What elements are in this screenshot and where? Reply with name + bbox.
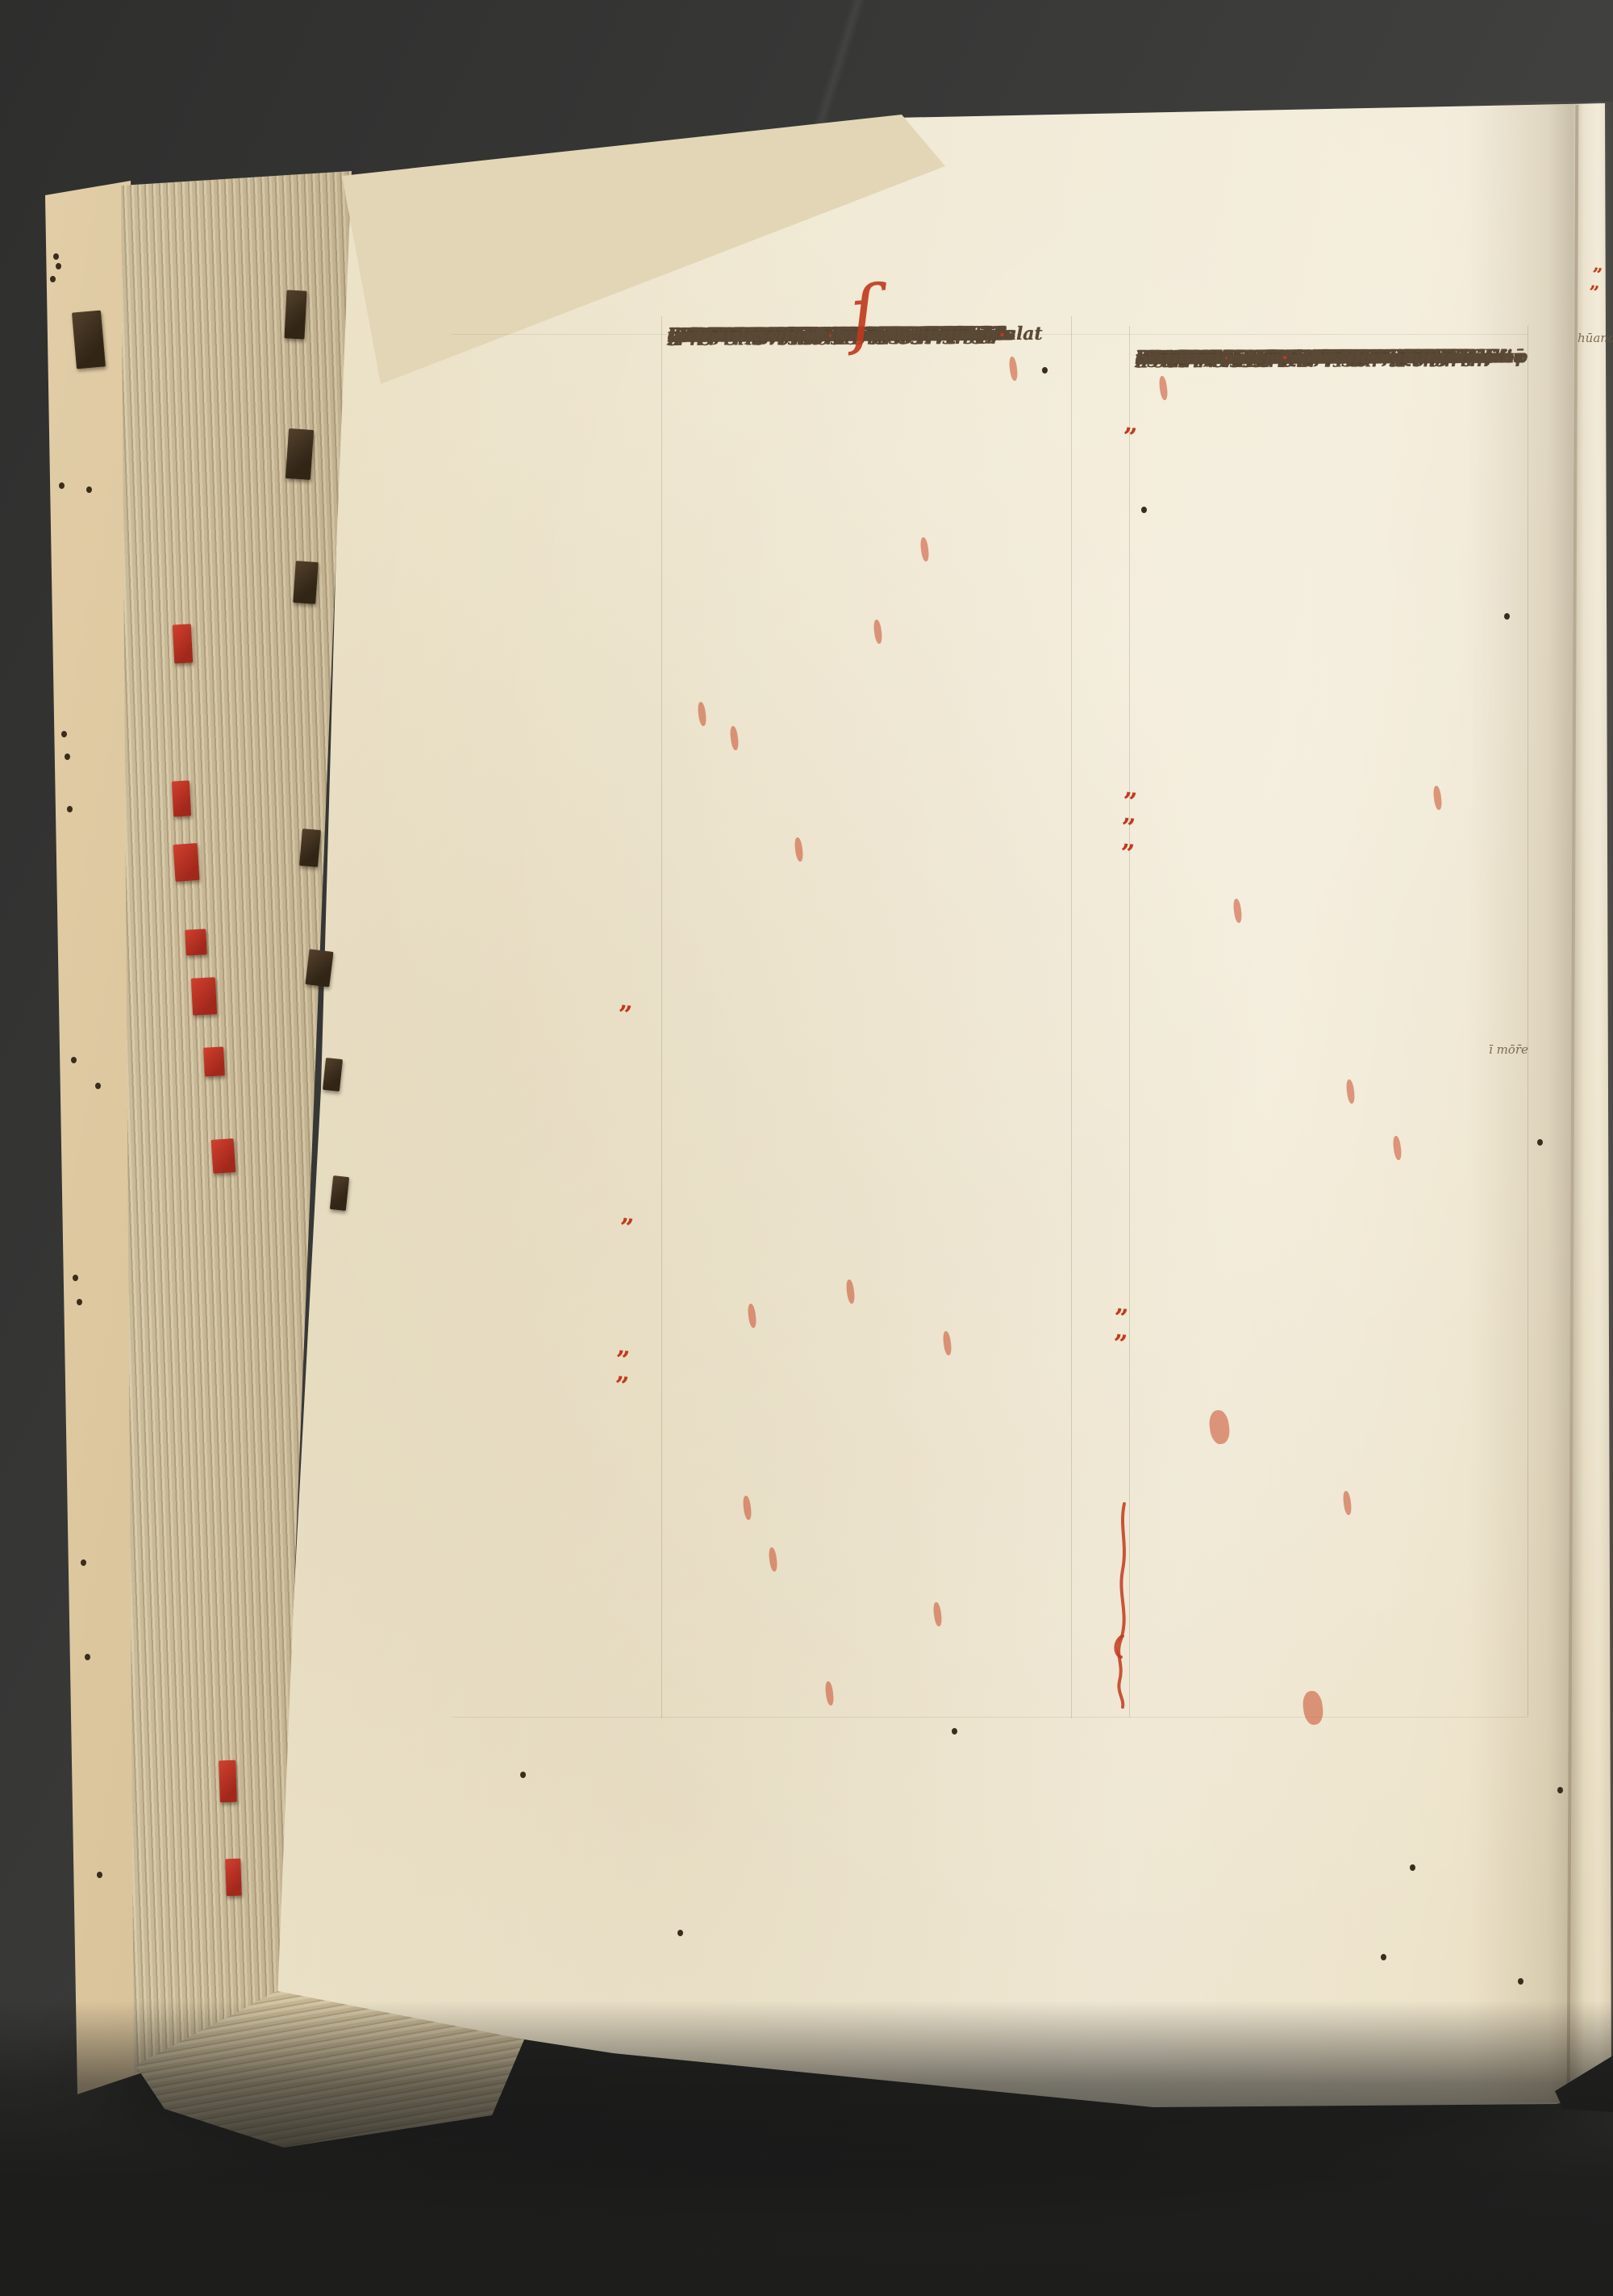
page-gutter-shade (1468, 102, 1613, 2102)
wormhole (53, 253, 59, 260)
rubric-paragraph-mark: ” (618, 1216, 634, 1242)
leather-tab (293, 561, 319, 604)
leather-tab (299, 829, 321, 867)
wormhole (59, 482, 65, 489)
rubric-dot: · (1280, 347, 1290, 369)
wormhole (952, 1728, 957, 1735)
wormhole (56, 263, 61, 269)
backdrop-floor (0, 2001, 1613, 2296)
manuscript-photo: violentibus· Ipēs namqʒ visibilui ratōna… (0, 0, 1613, 2296)
wormhole (1504, 613, 1510, 620)
ruling-line (452, 1717, 1528, 1718)
red-fabric-tab (173, 843, 199, 882)
rubric-paragraph-mark: ” (614, 1348, 630, 1374)
wormhole (1381, 1954, 1386, 1960)
ruling-line (1071, 316, 1072, 1718)
rubric-paragraph-mark: ” (1119, 841, 1135, 867)
wormhole (61, 731, 67, 737)
wormhole (1410, 1864, 1415, 1871)
red-fabric-tab (203, 1046, 225, 1076)
rubric-paragraph-mark: ” (1121, 790, 1137, 816)
rubric-paragraph-mark: ” (616, 1003, 632, 1029)
leather-tab (286, 428, 314, 480)
marginal-gloss: ī mōr̄e (1489, 1042, 1528, 1057)
ruling-line (661, 316, 662, 1718)
wormhole (1557, 1787, 1563, 1793)
wormhole (520, 1772, 526, 1778)
text-line: os transmutari· Solus descendit et (1136, 346, 1467, 373)
red-fabric-tab (219, 1760, 237, 1803)
rubric-paragraph-mark: ” (1112, 1306, 1128, 1332)
rubric-dot: · (997, 324, 1007, 346)
wormhole (67, 806, 73, 812)
rubric-paragraph-mark: ” (613, 1374, 629, 1400)
wormhole (677, 1930, 683, 1936)
red-fabric-tab (191, 977, 217, 1016)
wormhole (97, 1872, 102, 1878)
wormhole (73, 1275, 78, 1281)
marginal-gloss: hūanatē (1578, 331, 1613, 345)
text-line: fertur possibilitas credendi ī dei (668, 324, 992, 353)
ruling-line (1528, 326, 1528, 1717)
red-fabric-tab (185, 929, 207, 955)
leather-tab (323, 1058, 343, 1092)
wormhole (95, 1083, 101, 1089)
red-fabric-tab (172, 780, 191, 816)
wormhole (85, 1654, 90, 1660)
red-fabric-tab (211, 1138, 236, 1174)
wormhole (86, 486, 92, 493)
rubric-initial-swash: ſ (848, 280, 880, 349)
wormhole (50, 276, 56, 282)
red-fabric-tab (173, 624, 193, 663)
wormhole (1141, 507, 1147, 513)
rubric-paragraph-bracket (1113, 1502, 1134, 1709)
wormhole (1518, 1978, 1523, 1985)
wormhole (1537, 1139, 1543, 1146)
rubric-paragraph-mark: ” (1111, 1332, 1127, 1358)
wormhole (77, 1299, 82, 1305)
wormhole (81, 1559, 86, 1566)
red-fabric-tab (225, 1859, 242, 1897)
rubric-paragraph-mark: ” (1588, 283, 1600, 302)
rubric-paragraph-mark: ” (1119, 816, 1136, 841)
rubric-paragraph-mark: ” (1121, 425, 1137, 451)
wormhole (65, 754, 70, 760)
leather-tab (305, 949, 333, 987)
wormhole (1042, 367, 1048, 374)
leather-tab (284, 290, 306, 339)
leather-tab (72, 311, 106, 369)
wormhole (71, 1057, 77, 1063)
